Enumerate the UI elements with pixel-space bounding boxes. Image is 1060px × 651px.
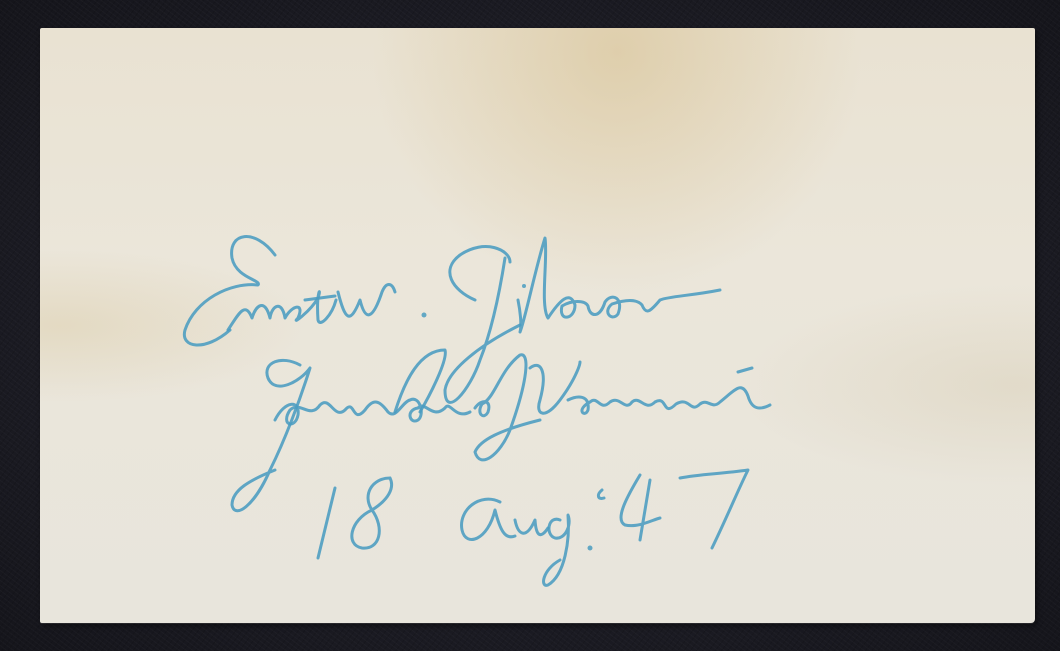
signature-line-title bbox=[232, 350, 770, 511]
handwritten-signature bbox=[0, 0, 1060, 651]
signature-line-name bbox=[184, 237, 720, 403]
signature-line-date bbox=[318, 470, 748, 585]
